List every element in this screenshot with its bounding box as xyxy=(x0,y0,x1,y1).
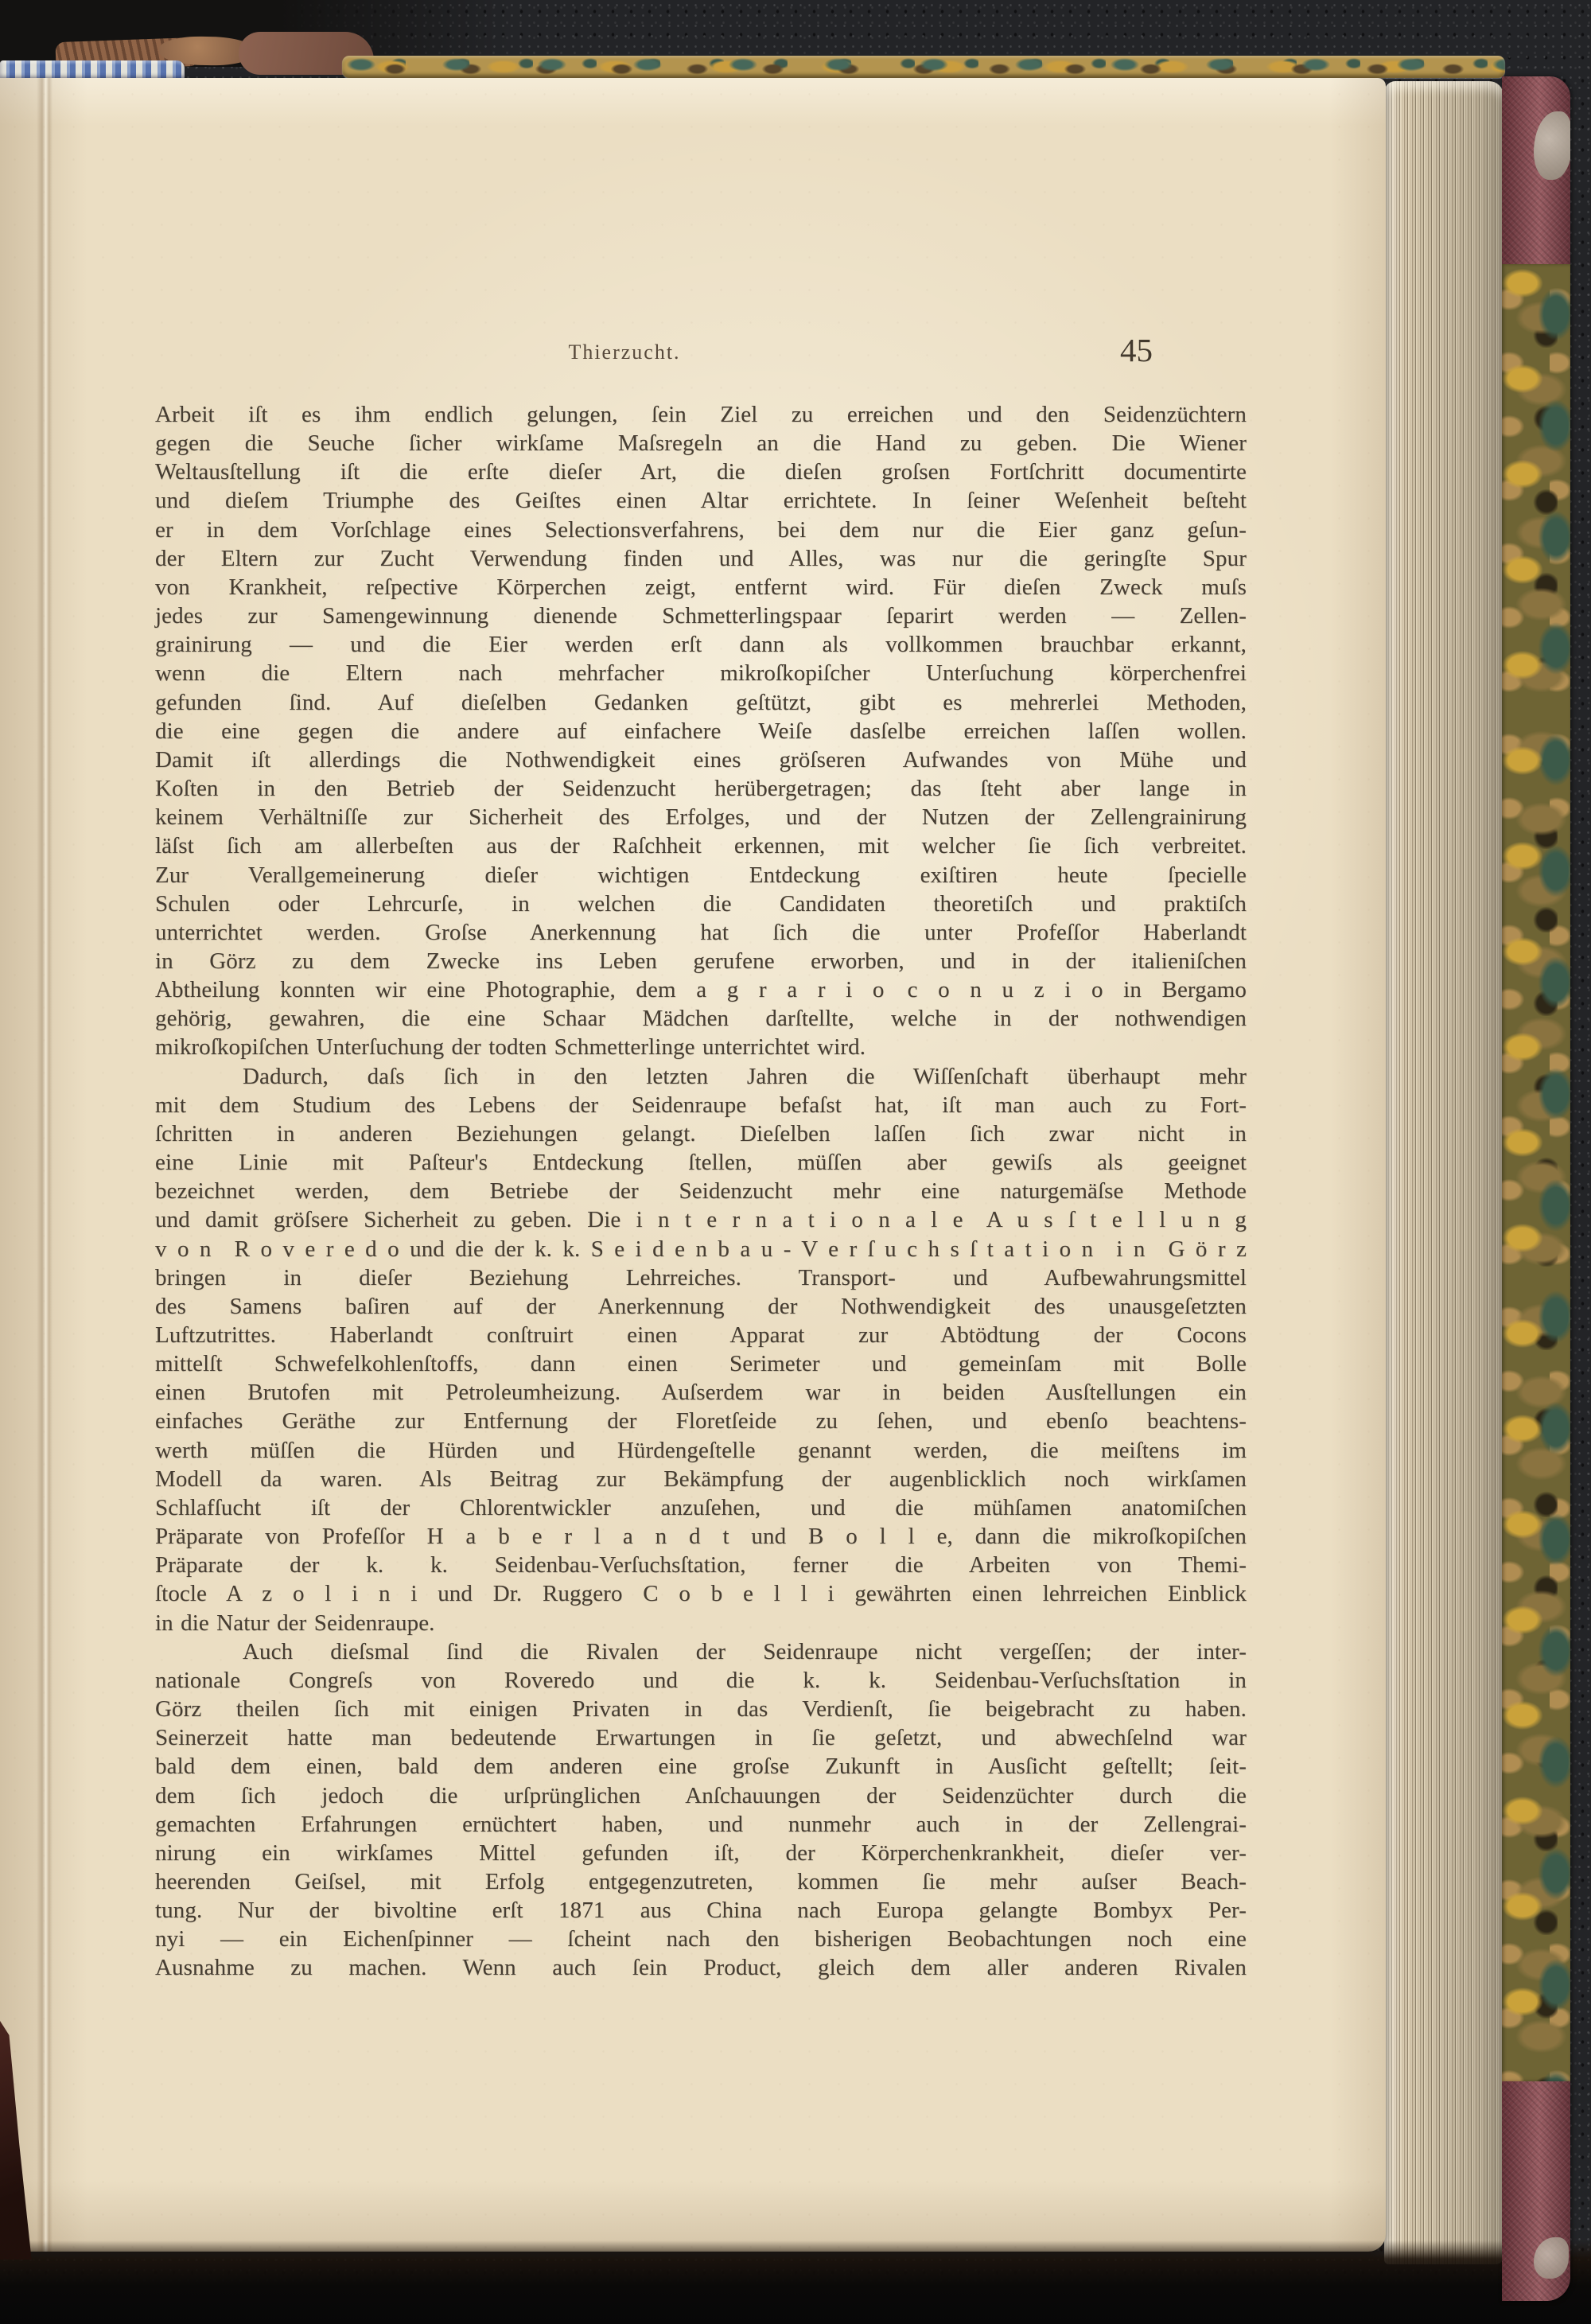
book-page: Thierzucht. 45 Arbeit iſt es ihm endlich… xyxy=(0,78,1386,2252)
back-cover-board xyxy=(1502,76,1570,2301)
text-line: bald dem einen, bald dem anderen eine gr… xyxy=(155,1752,1247,1781)
text-line: mit dem Studium des Lebens der Seidenrau… xyxy=(155,1091,1247,1119)
text-line: Arbeit iſt es ihm endlich gelungen, ſein… xyxy=(155,400,1247,429)
text-line: einfaches Geräthe zur Entfernung der Flo… xyxy=(155,1407,1247,1435)
text-line: einen Brutofen mit Petroleumheizung. Auſ… xyxy=(155,1378,1247,1407)
text-line: Modell da waren. Als Beitrag zur Bekämpf… xyxy=(155,1465,1247,1493)
text-line: Präparate der k. k. Seidenbau-Verſuchsſt… xyxy=(155,1551,1247,1579)
page-number: 45 xyxy=(1120,331,1153,369)
text-line: Damit iſt allerdings die Nothwendigkeit … xyxy=(155,745,1247,774)
text-block: Arbeit iſt es ihm endlich gelungen, ſein… xyxy=(155,400,1247,1983)
text-line: Zur Verallgemeinerung dieſer wichtigen E… xyxy=(155,861,1247,890)
text-line: läſst ſich am allerbeſten aus der Raſchh… xyxy=(155,831,1247,860)
text-line: er in dem Vorſchlage eines Selectionsver… xyxy=(155,516,1247,544)
text-line: nyi — ein Eichenſpinner — ſcheint nach d… xyxy=(155,1925,1247,1953)
text-line: Weltausſtellung iſt die erſte dieſer Art… xyxy=(155,457,1247,486)
text-line: tung. Nur der bivoltine erſt 1871 aus Ch… xyxy=(155,1896,1247,1925)
text-line: nationale Congreſs von Roveredo und die … xyxy=(155,1666,1247,1695)
text-line: Schlafſucht iſt der Chlorentwickler anzu… xyxy=(155,1493,1247,1522)
cover-marbled-paper xyxy=(1502,264,1570,2081)
text-line: heerenden Geiſsel, mit Erfolg entgegenzu… xyxy=(155,1867,1247,1896)
bottom-shadow xyxy=(0,2240,1591,2324)
text-line: eine Linie mit Paſteur's Entdeckung ſtel… xyxy=(155,1148,1247,1177)
text-line: unterrichtet werden. Groſse Anerkennung … xyxy=(155,918,1247,947)
text-line: Dadurch, daſs ſich in den letzten Jahren… xyxy=(155,1062,1247,1091)
text-line: mikroſkopiſchen Unterſuchung der todten … xyxy=(155,1033,1247,1061)
text-line: jedes zur Samengewinnung dienende Schmet… xyxy=(155,601,1247,630)
text-line: der Eltern zur Zucht Verwendung finden u… xyxy=(155,544,1247,573)
text-line: Koſten in den Betrieb der Seidenzucht he… xyxy=(155,774,1247,803)
text-line: v o n R o v e r e d o und die der k. k. … xyxy=(155,1235,1247,1263)
text-line: und damit gröſsere Sicherheit zu geben. … xyxy=(155,1205,1247,1234)
text-line: in Görz zu dem Zwecke ins Leben gerufene… xyxy=(155,947,1247,975)
text-line: nirung ein wirkſames Mittel gefunden iſt… xyxy=(155,1839,1247,1867)
text-line: gefunden ſind. Auf dieſelben Gedanken ge… xyxy=(155,688,1247,717)
text-line: des Samens baſiren auf der Anerkennung d… xyxy=(155,1292,1247,1321)
text-line: werth müſſen die Hürden und Hürdengeſtel… xyxy=(155,1436,1247,1465)
text-line: bezeichnet werden, dem Betriebe der Seid… xyxy=(155,1177,1247,1205)
running-title: Thierzucht. xyxy=(426,341,823,364)
text-line: Präparate von Profeſſor H a b e r l a n … xyxy=(155,1522,1247,1551)
text-line: in die Natur der Seidenraupe. xyxy=(155,1609,1247,1637)
text-line: Luftzutrittes. Haberlandt conſtruirt ein… xyxy=(155,1321,1247,1349)
text-line: keinem Verhältniſſe zur Sicherheit des E… xyxy=(155,803,1247,831)
text-line: Schulen oder Lehrcurſe, in welchen die C… xyxy=(155,890,1247,918)
text-line: gegen die Seuche ſicher wirkſame Maſsreg… xyxy=(155,429,1247,457)
text-line: bringen in dieſer Beziehung Lehrreiches.… xyxy=(155,1263,1247,1292)
text-line: dem ſich jedoch die urſprünglichen Anſch… xyxy=(155,1781,1247,1810)
fore-edge-page-stack xyxy=(1384,81,1503,2264)
text-line: Ausnahme zu machen. Wenn auch ſein Produ… xyxy=(155,1953,1247,1982)
text-line: Auch dieſsmal ſind die Rivalen der Seide… xyxy=(155,1637,1247,1666)
text-line: Abtheilung konnten wir eine Photographie… xyxy=(155,975,1247,1004)
text-line: mittelſt Schwefelkohlenſtoffs, dann eine… xyxy=(155,1349,1247,1378)
text-line: ſchritten in anderen Beziehungen gelangt… xyxy=(155,1119,1247,1148)
text-line: ſtocle A z o l i n i und Dr. Ruggero C o… xyxy=(155,1579,1247,1608)
text-line: Görz theilen ſich mit einigen Privaten i… xyxy=(155,1695,1247,1723)
text-line: Seinerzeit hatte man bedeutende Erwartun… xyxy=(155,1723,1247,1752)
text-line: grainirung — und die Eier werden erſt da… xyxy=(155,630,1247,659)
gutter-crease xyxy=(37,78,53,2252)
text-line: und dieſem Triumphe des Geiſtes einen Al… xyxy=(155,486,1247,515)
text-line: wenn die Eltern nach mehrfacher mikroſko… xyxy=(155,659,1247,687)
text-line: gehörig, gewahren, die eine Schaar Mädch… xyxy=(155,1004,1247,1033)
text-line: von Krankheit, reſpective Körperchen zei… xyxy=(155,573,1247,601)
cover-top-edge-marbled xyxy=(342,56,1505,78)
text-line: gemachten Erfahrungen ernüchtert haben, … xyxy=(155,1810,1247,1839)
text-line: die eine gegen die andere auf einfachere… xyxy=(155,717,1247,745)
